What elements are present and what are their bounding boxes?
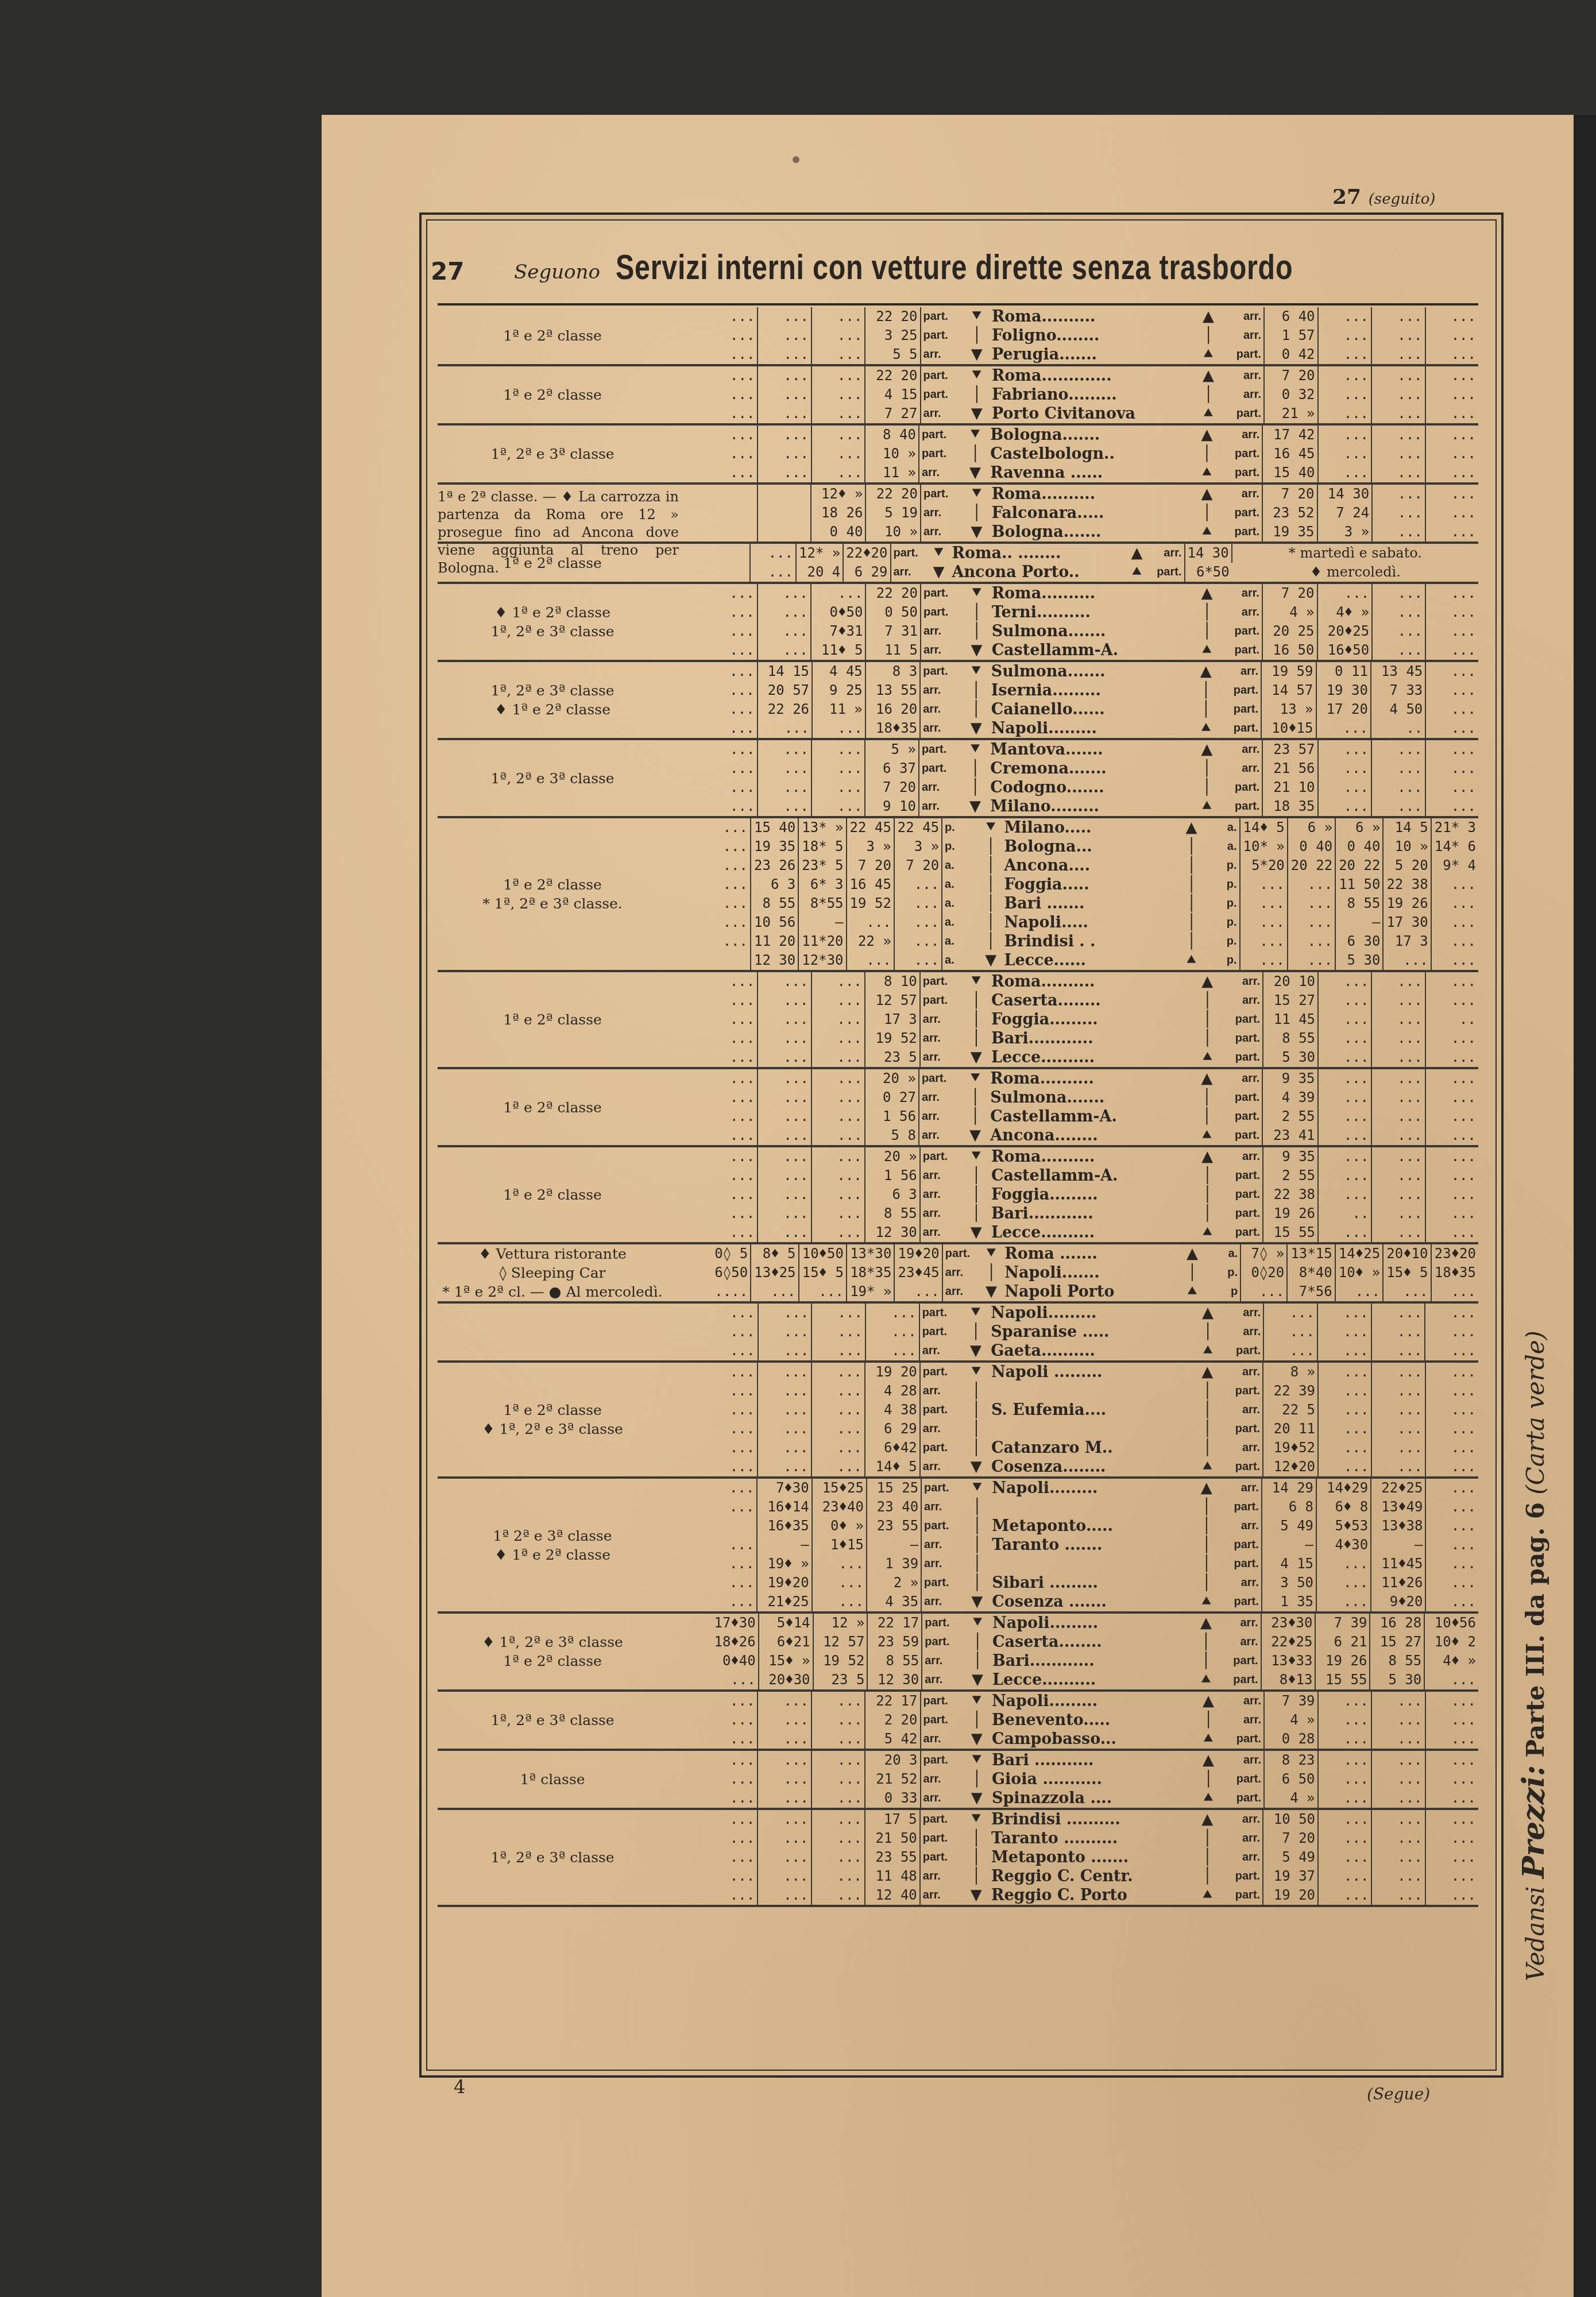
time-cell: 0◊ 5 — [705, 1244, 751, 1263]
dep-arr-label: arr. — [1219, 485, 1262, 504]
time-cell: 4 50 — [1371, 700, 1425, 719]
dep-arr-label: arr. — [1147, 544, 1185, 563]
time-cell: 22♦20 — [843, 544, 890, 563]
time-cell: 3 » — [1317, 523, 1373, 542]
time-cell: ... — [1318, 1363, 1371, 1382]
time-cell: ... — [1371, 1088, 1425, 1107]
timetable-block: 1ª 2ª e 3ª classe♦ 1ª e 2ª classe...7♦30… — [438, 1479, 1478, 1614]
time-cell: ... — [1425, 1573, 1478, 1592]
time-cell: ... — [811, 1010, 865, 1029]
time-cell: ... — [1425, 719, 1478, 738]
dep-arr-label: arr. — [921, 622, 964, 641]
time-cell: 16 45 — [847, 875, 894, 894]
station-name: Sulmona....... — [988, 1088, 1195, 1107]
time-cell: ... — [758, 463, 811, 482]
time-cell: 16♦50 — [1317, 641, 1373, 660]
time-cell: 10♦ » — [1335, 1263, 1383, 1282]
dep-arr-label: part. — [919, 1069, 963, 1088]
time-cell: 1 35 — [1262, 1592, 1316, 1611]
time-cell: ... — [1425, 504, 1478, 523]
time-cell: 20 » — [865, 1147, 920, 1166]
down-arrow-icon: ▼ — [964, 1048, 989, 1067]
time-cell: ... — [811, 326, 865, 345]
class-line: ♦ 1ª e 2ª classe — [490, 700, 614, 719]
time-cell: 12♦20 — [1263, 1457, 1318, 1476]
start-marker-icon: ⯆ — [964, 584, 989, 603]
line-icon: │ — [964, 1166, 989, 1185]
side-note-keyword: Prezzi: — [1516, 1765, 1551, 1879]
dep-arr-label: arr. — [1220, 1322, 1263, 1341]
station-name: Bologna....... — [990, 523, 1195, 542]
time-cell: 6 30 — [1335, 932, 1383, 951]
time-cell: ... — [894, 1282, 942, 1301]
timetable-block: 1ª, 2ª e 3ª classe.........5 »part.⯆Mant… — [438, 740, 1478, 818]
time-cell: 6 » — [1288, 818, 1335, 837]
time-cell: ... — [1425, 1147, 1478, 1166]
class-line: 1ª 2ª e 3ª classe — [493, 1526, 612, 1545]
time-cell: 6◊50 — [705, 1263, 751, 1282]
end-marker-icon: ⯅ — [1194, 719, 1218, 738]
dep-arr-label: part. — [920, 991, 964, 1010]
timetable-table: .........22 20part.⯆Roma..........▲arr.6… — [705, 307, 1478, 364]
time-cell: ... — [758, 1322, 812, 1341]
time-cell: ... — [1425, 385, 1478, 404]
time-cell: ... — [1425, 404, 1478, 423]
timetable-table: .........22 20part.⯆Roma.............▲ar… — [705, 366, 1478, 423]
station-name: Bari ........... — [990, 1751, 1196, 1770]
line-icon: │ — [1194, 1633, 1218, 1652]
start-marker-icon: ⯆ — [964, 972, 989, 991]
time-cell: 4 » — [1262, 603, 1317, 622]
time-cell: 20♦30 — [759, 1670, 813, 1689]
time-cell: 1 57 — [1264, 326, 1318, 345]
dep-arr-label: part. — [920, 1363, 964, 1382]
table-row: ...19♦ »...1 39arr.││part.4 15...11♦45..… — [705, 1554, 1478, 1573]
time-cell: 9* 4 — [1431, 856, 1478, 875]
time-cell: ... — [1263, 1322, 1317, 1341]
dep-arr-label: part. — [1219, 622, 1262, 641]
station-name: Metaponto ....... — [989, 1848, 1195, 1867]
class-line: ◊ Sleeping Car — [442, 1263, 662, 1282]
dep-arr-label: part. — [1219, 1886, 1263, 1905]
station-name: Milano..... — [1002, 818, 1181, 837]
time-cell: ... — [1372, 641, 1425, 660]
line-icon: │ — [964, 1829, 989, 1848]
line-icon: │ — [980, 894, 1002, 913]
dep-arr-label: arr. — [1219, 1438, 1263, 1457]
time-cell: 18♦35 — [865, 719, 920, 738]
time-cell: ... — [1318, 759, 1372, 778]
line-icon: │ — [1195, 1848, 1219, 1867]
table-row: .........21 50part.│Taranto ..........│a… — [705, 1829, 1478, 1848]
line-icon: │ — [1195, 1438, 1219, 1457]
dep-arr-label: part. — [1219, 1867, 1263, 1886]
time-cell: ... — [811, 1204, 865, 1223]
time-cell: 16♦35 — [757, 1517, 811, 1536]
time-cell: ... — [1431, 1282, 1479, 1301]
time-cell: 21 50 — [865, 1829, 920, 1848]
time-cell: 15 27 — [1370, 1633, 1424, 1652]
time-cell: ... — [705, 1770, 758, 1789]
time-cell: ... — [811, 1029, 865, 1048]
time-cell: ... — [1318, 991, 1371, 1010]
time-cell: ... — [758, 1382, 811, 1401]
station-name: Foligno........ — [990, 326, 1196, 345]
time-cell: 15 40 — [751, 818, 798, 837]
class-label: 1ª e 2ª classe — [438, 1069, 667, 1145]
time-cell: 9 25 — [812, 681, 865, 700]
dep-arr-label: arr. — [920, 1867, 964, 1886]
time-cell: ... — [705, 1536, 757, 1554]
timetable-block: 1ª, 2ª e 3ª classe.........22 17part.⯆Na… — [438, 1692, 1478, 1751]
time-cell: ... — [1316, 1554, 1371, 1573]
time-cell: 7*56 — [1287, 1282, 1335, 1301]
time-cell: ... — [811, 1382, 865, 1401]
dep-arr-label: arr. — [1220, 366, 1264, 385]
timetable-block: 1ª, 2ª e 3ª classe♦ 1ª e 2ª classe...14 … — [438, 662, 1478, 740]
time-cell: 14♦25 — [1335, 1244, 1383, 1263]
dep-arr-label: arr. — [1220, 1751, 1264, 1770]
down-arrow-icon: ▼ — [964, 404, 990, 423]
time-cell: 4 39 — [1262, 1088, 1317, 1107]
time-cell: 2 55 — [1263, 1166, 1318, 1185]
time-cell: ... — [1317, 1322, 1371, 1341]
time-cell: 0 33 — [865, 1789, 920, 1808]
time-cell: ... — [1425, 1867, 1478, 1886]
up-arrow-icon: ▲ — [1196, 1692, 1220, 1711]
dep-arr-label: a. — [942, 875, 980, 894]
dep-arr-label: part. — [1220, 345, 1264, 364]
table-row: ...16♦1423♦4023 40arr.││part.6 86♦ 813♦4… — [705, 1498, 1478, 1517]
station-name: Foggia......... — [989, 1185, 1195, 1204]
time-cell: ... — [1371, 1029, 1425, 1048]
time-cell: ... — [1318, 1751, 1372, 1770]
time-cell: ... — [1318, 972, 1371, 991]
time-cell: 19 26 — [1383, 894, 1431, 913]
station-name: Sparanise ..... — [988, 1322, 1196, 1341]
time-cell: ... — [705, 1088, 758, 1107]
station-name: Gioia ........... — [990, 1770, 1196, 1789]
time-cell: ... — [894, 894, 942, 913]
time-cell: ... — [705, 1592, 757, 1611]
timetable-table: .........20 3part.⯆Bari ...........▲arr.… — [705, 1751, 1478, 1808]
line-icon: │ — [1196, 1770, 1220, 1789]
time-cell: ... — [758, 719, 812, 738]
dep-arr-label: arr. — [921, 523, 964, 542]
time-cell: 6♦ 8 — [1316, 1498, 1371, 1517]
up-arrow-icon: ▲ — [1195, 426, 1219, 444]
line-icon: │ — [964, 1554, 990, 1573]
time-cell: 4 » — [1264, 1789, 1318, 1808]
time-cell: 4 35 — [867, 1592, 921, 1611]
time-cell: ... — [751, 1282, 798, 1301]
title-rule — [438, 303, 1478, 306]
time-cell — [705, 504, 758, 523]
time-cell: ... — [1318, 307, 1372, 326]
time-cell: ... — [811, 1457, 865, 1476]
end-marker-icon: ⯅ — [1195, 1126, 1219, 1145]
time-cell: ... — [1318, 740, 1372, 759]
time-cell: ... — [705, 1204, 758, 1223]
dep-arr-label: part. — [919, 1304, 963, 1322]
time-cell: ... — [1425, 1479, 1478, 1498]
dep-arr-label: arr. — [1219, 972, 1263, 991]
down-arrow-icon: ▼ — [964, 345, 990, 364]
time-cell: .. — [1371, 719, 1425, 738]
time-cell: 23* 5 — [798, 856, 846, 875]
dep-arr-label: arr. — [919, 1341, 963, 1360]
dep-arr-label: part. — [1218, 681, 1261, 700]
time-cell: ... — [1425, 797, 1478, 816]
time-cell: 7 20 — [1263, 1829, 1318, 1848]
timetable-block: 1ª e 2ª classe...12* »22♦20part.⯆Roma.. … — [438, 544, 1478, 584]
time-cell: ... — [705, 1185, 758, 1204]
time-cell: 7 24 — [1317, 504, 1373, 523]
time-cell: 8*40 — [1287, 1263, 1335, 1282]
station-name: Gaeta.......... — [988, 1341, 1196, 1360]
time-cell: 8 » — [1263, 1363, 1318, 1382]
start-marker-icon: ⯆ — [963, 1304, 989, 1322]
dep-arr-label: arr. — [920, 1382, 964, 1401]
time-cell: 20 4 — [796, 563, 843, 582]
time-cell: ... — [1425, 1498, 1478, 1517]
table-row: ............arr.▼Gaeta..........⯅part...… — [705, 1341, 1478, 1360]
station-name: Lecce...... — [1002, 951, 1181, 970]
station-name: Reggio C. Porto — [989, 1886, 1195, 1905]
table-row: .........21 52arr.│Gioia ...........│par… — [705, 1770, 1478, 1789]
dep-arr-label: part. — [921, 1711, 964, 1730]
time-cell: ... — [705, 1498, 757, 1517]
down-arrow-icon: ▼ — [963, 797, 988, 816]
time-cell: 22♦25 — [1371, 1479, 1425, 1498]
table-row: .........20 3part.⯆Bari ...........▲arr.… — [705, 1751, 1478, 1770]
time-cell: ... — [758, 1457, 811, 1476]
time-cell: 19 52 — [813, 1652, 868, 1670]
timetable-table: .........17 5part.⯆Brindisi ..........▲a… — [705, 1810, 1478, 1905]
table-row: ...20♦3023 512 30arr.▼Lecce..........⯅pa… — [705, 1670, 1478, 1689]
down-arrow-icon: ▼ — [980, 951, 1002, 970]
start-marker-icon: ⯆ — [980, 1244, 1003, 1263]
station-name: Bari............ — [989, 1204, 1195, 1223]
time-cell: ... — [1240, 951, 1288, 970]
up-arrow-icon: ▲ — [1195, 1147, 1219, 1166]
time-cell: ... — [1425, 1810, 1478, 1829]
line-icon: │ — [980, 932, 1002, 951]
time-cell: ... — [1425, 1886, 1478, 1905]
table-row: .........4 28arr.││part.22 39......... — [705, 1382, 1478, 1401]
time-cell: ... — [758, 1126, 811, 1145]
time-cell: 12 30 — [867, 1670, 922, 1689]
dep-arr-label: part. — [1219, 444, 1262, 463]
timetable-table: 0◊ 58♦ 510♦5013*3019♦20part.⯆Roma ......… — [705, 1244, 1478, 1301]
time-cell: ... — [758, 603, 811, 622]
table-row: 16♦350♦ »23 55part.│Metaponto.....│arr.5… — [705, 1517, 1478, 1536]
time-cell: ... — [1425, 1536, 1478, 1554]
station-name: Terni.......... — [990, 603, 1195, 622]
end-marker-icon: ⯅ — [1181, 951, 1201, 970]
time-cell: 12 57 — [813, 1633, 868, 1652]
dep-arr-label: a. — [1202, 837, 1240, 856]
table-row: .........8 40part.⯆Bologna.......▲arr.17… — [705, 426, 1478, 444]
dep-arr-label: arr. — [921, 1592, 964, 1611]
dep-arr-label: part. — [921, 385, 964, 404]
time-cell: 22 45 — [894, 818, 942, 837]
time-cell: ... — [1425, 1848, 1478, 1867]
class-line: 1ª e 2ª classe — [482, 1401, 623, 1420]
time-cell: 6 50 — [1264, 1770, 1318, 1789]
time-cell: ... — [1318, 1048, 1371, 1067]
time-cell: ... — [1371, 1107, 1425, 1126]
dep-arr-label: p. — [1202, 894, 1240, 913]
line-icon: │ — [964, 1536, 990, 1554]
line-icon: │ — [1195, 991, 1219, 1010]
dep-arr-label: p. — [942, 837, 980, 856]
time-cell: 17 42 — [1262, 426, 1317, 444]
time-cell: 8 55 — [867, 1652, 922, 1670]
time-cell: ... — [1371, 1789, 1425, 1808]
time-cell: 1♦15 — [812, 1536, 867, 1554]
class-label — [438, 1304, 667, 1360]
time-cell: ... — [1318, 1829, 1371, 1848]
time-cell: 7 39 — [1264, 1692, 1318, 1711]
time-cell: 12 » — [813, 1614, 868, 1633]
time-cell: ... — [758, 1048, 811, 1067]
time-cell: 22 39 — [1263, 1382, 1318, 1401]
end-marker-icon: ⯅ — [1196, 404, 1220, 423]
start-marker-icon: ⯆ — [964, 485, 989, 504]
dep-arr-label: part. — [920, 972, 964, 991]
time-cell: ... — [1425, 523, 1478, 542]
time-cell: ... — [894, 913, 942, 932]
time-cell: ... — [705, 1069, 758, 1088]
station-name: Napoli......... — [989, 719, 1194, 738]
time-cell: 8 55 — [751, 894, 798, 913]
time-cell: ... — [812, 1554, 867, 1573]
time-cell: 22 » — [847, 932, 894, 951]
station-name: Cremona....... — [988, 759, 1195, 778]
up-arrow-icon: ▲ — [1196, 1304, 1220, 1322]
time-cell: ... — [1318, 1770, 1372, 1789]
line-icon: │ — [1181, 856, 1201, 875]
station-name: Brindisi . . — [1002, 932, 1181, 951]
start-marker-icon: ⯆ — [964, 1147, 989, 1166]
class-line: * 1ª, 2ª e 3ª classe. — [482, 894, 623, 913]
table-row: .........6 29arr.││part.20 11......... — [705, 1420, 1478, 1438]
table-row: .........4 38part.│S. Eufemia....│arr.22… — [705, 1401, 1478, 1420]
timetable-block: ............part.⯆Napoli.........▲arr...… — [438, 1304, 1478, 1363]
station-name: Napoli......... — [990, 1614, 1194, 1633]
table-row: ...11 2011*2022 »...a.│Brindisi . .│p...… — [705, 932, 1478, 951]
time-cell: 4 45 — [812, 662, 865, 681]
time-cell: ... — [1425, 444, 1478, 463]
time-cell: ... — [811, 797, 865, 816]
time-cell: ... — [1371, 1438, 1425, 1457]
time-cell: 19 26 — [1263, 1204, 1318, 1223]
timetable-table: .........8 10part.⯆Roma..........▲arr.20… — [705, 972, 1478, 1067]
time-cell: 8 55 — [1263, 1029, 1318, 1048]
station-name: Ancona.... — [1002, 856, 1181, 875]
down-arrow-icon: ▼ — [963, 463, 988, 482]
time-cell: ... — [1425, 1223, 1478, 1242]
class-label: ♦ Vettura ristorante◊ Sleeping Car* 1ª e… — [438, 1244, 667, 1301]
time-cell: 23♦30 — [1261, 1614, 1316, 1633]
station-name — [990, 1498, 1195, 1517]
dep-arr-label: part. — [919, 426, 963, 444]
time-cell: .. — [1425, 1010, 1478, 1029]
station-name: Taranto .......... — [989, 1829, 1195, 1848]
time-cell: 16 20 — [865, 700, 920, 719]
line-icon: │ — [1181, 875, 1201, 894]
dep-arr-label: part. — [1220, 1341, 1263, 1360]
time-cell: ... — [1425, 1048, 1478, 1067]
dep-arr-label: part. — [1218, 1670, 1261, 1689]
time-cell: — — [1371, 1536, 1425, 1554]
side-note-text: Parte III. da pag. 6 — [1521, 1502, 1549, 1757]
time-cell: ... — [705, 1829, 758, 1848]
side-note-paren: (Carta verde) — [1521, 1331, 1549, 1495]
line-icon: │ — [1195, 1088, 1219, 1107]
timetable-block: 1ª, 2ª e 3ª classe.........17 5part.⯆Bri… — [438, 1810, 1478, 1907]
line-icon: │ — [1195, 1420, 1219, 1438]
line-icon: │ — [964, 1498, 990, 1517]
time-cell: ... — [705, 662, 758, 681]
time-cell: ... — [811, 1711, 865, 1730]
table-row: ...8 558*5519 52...a.│Bari .......│p....… — [705, 894, 1478, 913]
time-cell: ... — [1425, 1751, 1478, 1770]
line-icon: │ — [964, 1770, 990, 1789]
end-marker-icon: ⯅ — [1195, 463, 1219, 482]
time-cell: 0 28 — [1264, 1730, 1318, 1749]
time-cell: 6 » — [1335, 818, 1383, 837]
end-marker-icon: ⯅ — [1195, 1592, 1219, 1611]
time-cell: ... — [705, 740, 758, 759]
dep-arr-label: part. — [921, 307, 964, 326]
time-cell: ... — [758, 1692, 811, 1711]
time-cell: 23 55 — [865, 1848, 920, 1867]
time-cell: 20 22 — [1288, 856, 1335, 875]
time-cell — [705, 523, 758, 542]
up-arrow-icon: ▲ — [1181, 818, 1201, 837]
end-marker-icon: ⯅ — [1196, 345, 1220, 364]
time-cell: 0♦40 — [705, 1652, 759, 1670]
dep-arr-label: arr. — [921, 504, 964, 523]
time-cell: 0♦ » — [812, 1517, 867, 1536]
time-cell: 0♦50 — [811, 603, 866, 622]
time-cell: ... — [812, 1573, 867, 1592]
timetable-block: 1ª, 2ª e 3ª classe.........8 40part.⯆Bol… — [438, 426, 1478, 485]
dep-arr-label: arr. — [1219, 991, 1263, 1010]
table-row: ...12* »22♦20part.⯆Roma.. ........▲arr.1… — [705, 544, 1478, 563]
class-line: 1ª e 2ª classe — [482, 875, 623, 894]
end-marker-icon: ⯅ — [1195, 523, 1219, 542]
time-cell — [705, 485, 758, 504]
line-icon: │ — [964, 700, 989, 719]
time-cell: ... — [1371, 307, 1425, 326]
up-arrow-icon: ▲ — [1195, 1363, 1219, 1382]
time-cell: 3 » — [894, 837, 942, 856]
station-name: Napoli..... — [1002, 913, 1181, 932]
dep-arr-label: arr. — [1219, 1479, 1262, 1498]
line-icon: │ — [1195, 1382, 1219, 1401]
time-cell: ... — [1288, 875, 1335, 894]
time-cell: ... — [811, 778, 865, 797]
time-cell: ... — [1372, 523, 1425, 542]
end-marker-icon: ⯅ — [1195, 1223, 1219, 1242]
dep-arr-label: arr. — [1219, 1147, 1263, 1166]
dep-arr-label: arr. — [1218, 1633, 1261, 1652]
station-name: Falconara..... — [990, 504, 1195, 523]
time-cell: ... — [894, 951, 942, 970]
